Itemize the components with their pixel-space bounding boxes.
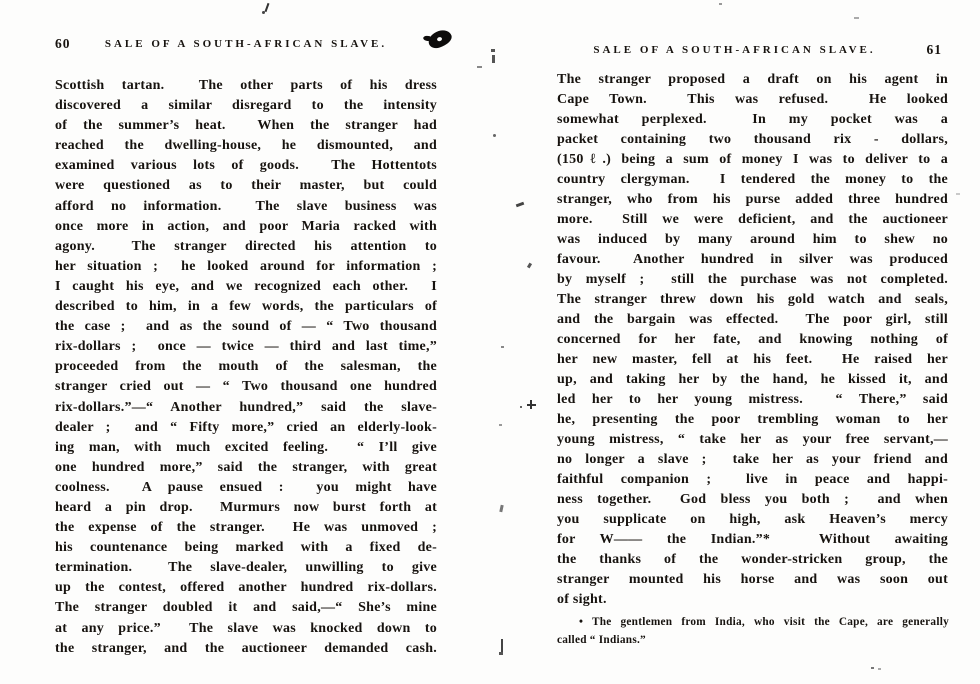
scan-speck [477, 66, 482, 68]
text-line: proceeded from the mouth of the salesman… [55, 357, 437, 377]
scan-speck [530, 400, 532, 409]
scan-speck [516, 202, 525, 208]
scan-speck [854, 17, 859, 19]
text-line: faithful companion ; live in peace and h… [557, 470, 948, 490]
scan-speck [499, 652, 503, 655]
text-line: of the summer’s heat. When the stranger … [55, 116, 437, 136]
text-line: the thanks of the wonder-stricken group,… [557, 550, 948, 570]
text-line: one hundred more,” said the stranger, wi… [55, 458, 437, 478]
text-line: heard a pin drop. Murmurs now burst fort… [55, 498, 437, 518]
text-line: ness together. God bless you both ; and … [557, 490, 948, 510]
text-line: up the contest, offered another hundred … [55, 578, 437, 598]
scan-speck [501, 346, 504, 348]
text-line: (150ℓ.) being a sum of money I was to de… [557, 150, 948, 170]
left-page-header: 60 SALE OF A SOUTH-AFRICAN SLAVE. [55, 38, 437, 54]
text-line: The stranger threw down his gold watch a… [557, 290, 948, 310]
scan-speck [878, 668, 881, 670]
text-line: he, presenting the poor trembling woman … [557, 410, 948, 430]
text-line: more. Still we were deficient, and the a… [557, 210, 948, 230]
text-line: young mistress, “ take her as your free … [557, 430, 948, 450]
scan-speck [262, 11, 265, 14]
text-line: dealer ; and “ Fifty more,” cried an eld… [55, 418, 437, 438]
scan-speck [520, 406, 522, 408]
left-running-title: SALE OF A SOUTH-AFRICAN SLAVE. [55, 38, 437, 50]
right-page-text: The stranger proposed a draft on his age… [557, 70, 948, 610]
text-line: reached the dwelling-house, he dismounte… [55, 136, 437, 156]
text-line: rix-dollars ; once — twice — third and l… [55, 337, 437, 357]
text-line: the case ; and as the sound of — “ Two t… [55, 317, 437, 337]
right-running-title: SALE OF A SOUTH-AFRICAN SLAVE. [539, 44, 930, 56]
text-line: the expense of the stranger. He was unmo… [55, 518, 437, 538]
scan-speck [499, 505, 503, 512]
text-line: called “ Indians.” [557, 631, 949, 649]
text-line: afford no information. The slave busines… [55, 197, 437, 217]
scan-speck [491, 49, 495, 52]
text-line: her new master, fell at his feet. He rai… [557, 350, 948, 370]
footnote: • The gentlemen from India, who visit th… [557, 613, 949, 649]
text-line: her situation ; he looked around for inf… [55, 257, 437, 277]
text-line: discovered a similar disregard to the in… [55, 96, 437, 116]
text-line: coolness. A pause ensued : you might hav… [55, 478, 437, 498]
text-line: Scottish tartan. The other parts of his … [55, 76, 437, 96]
text-line: ing man, with much excited feeling. “ I’… [55, 438, 437, 458]
scan-speck [493, 134, 496, 137]
ink-blot-artifact [426, 28, 454, 51]
text-line: country clergyman. I tendered the money … [557, 170, 948, 190]
scan-speck [265, 3, 270, 12]
right-page-number: 61 [927, 42, 943, 58]
text-line: The stranger proposed a draft on his age… [557, 70, 948, 90]
text-line: rix-dollars.”—“ Another hundred,” said t… [55, 398, 437, 418]
scan-speck [501, 639, 503, 652]
left-page-text: Scottish tartan. The other parts of his … [55, 76, 437, 659]
text-line: The stranger doubled it and said,—“ She’… [55, 598, 437, 618]
scan-speck [492, 55, 495, 63]
text-line: examined various lots of goods. The Hott… [55, 156, 437, 176]
text-line: was induced by many around him to shew n… [557, 230, 948, 250]
text-line: stranger mounted his horse and was soon … [557, 570, 948, 590]
scan-speck [871, 667, 874, 669]
scan-speck [499, 424, 502, 426]
text-line: up, and taking her by the hand, he kisse… [557, 370, 948, 390]
text-line: once more in action, and poor Maria rack… [55, 217, 437, 237]
text-line: packet containing two thousand rix - dol… [557, 130, 948, 150]
text-line: Cape Town. This was refused. He looked [557, 90, 948, 110]
right-page-header: SALE OF A SOUTH-AFRICAN SLAVE. 61 [557, 44, 948, 60]
text-line: described to him, in a few words, the pa… [55, 297, 437, 317]
text-line: somewhat perplexed. In my pocket was a [557, 110, 948, 130]
book-spread: 60 SALE OF A SOUTH-AFRICAN SLAVE. Scotti… [0, 0, 980, 684]
text-line: at any price.” The slave was knocked dow… [55, 619, 437, 639]
text-line: the stranger, and the auctioneer demande… [55, 639, 437, 659]
text-line: • The gentlemen from India, who visit th… [557, 613, 949, 631]
text-line: were questioned as to their master, but … [55, 176, 437, 196]
text-line: you supplicate on high, ask Heaven’s mer… [557, 510, 948, 530]
scan-speck [956, 193, 960, 195]
text-line: no longer a slave ; take her as your fri… [557, 450, 948, 470]
text-line: stranger, who from his purse added three… [557, 190, 948, 210]
text-line: stranger cried out — “ Two thousand one … [55, 377, 437, 397]
text-line: his countenance being marked with a fixe… [55, 538, 437, 558]
text-line: of sight. [557, 590, 948, 610]
text-line: for W—— the Indian.”* Without awaiting [557, 530, 948, 550]
text-line: and the bargain was effected. The poor g… [557, 310, 948, 330]
scan-speck [527, 263, 532, 269]
scan-speck [719, 3, 722, 5]
left-page-number: 60 [55, 36, 71, 52]
text-line: favour. Another hundred in silver was pr… [557, 250, 948, 270]
text-line: I caught his eye, and we recognized each… [55, 277, 437, 297]
text-line: led her to her young mistress. “ There,”… [557, 390, 948, 410]
text-line: concerned for her fate, and knowing noth… [557, 330, 948, 350]
text-line: by myself ; still the purchase was not c… [557, 270, 948, 290]
text-line: termination. The slave-dealer, unwilling… [55, 558, 437, 578]
text-line: agony. The stranger directed his attenti… [55, 237, 437, 257]
